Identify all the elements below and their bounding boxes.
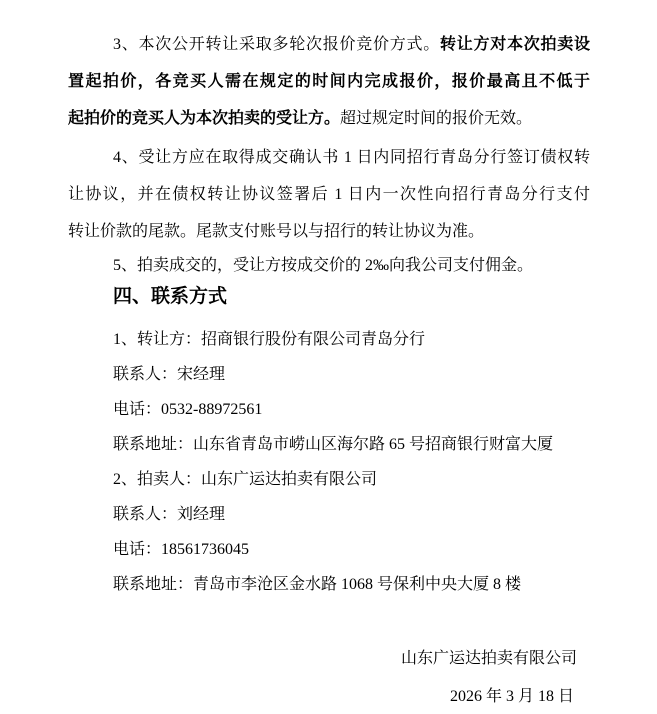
transferor-phone-line: 电话：0532-88972561 [68,392,590,427]
bidding-rule-bold-text-middle: 置起拍价，各竞买人需在规定的时间内完成报价，报价最高且不低于 [68,73,590,90]
para-bidding-line-1: 3、本次公开转让采取多轮次报价竞价方式。转让方对本次拍卖设 [68,26,590,63]
transferor-address-line: 联系地址：山东省青岛市崂山区海尔路 65 号招商银行财富大厦 [68,427,590,462]
transferor-title-line: 1、转让方：招商银行股份有限公司青岛分行 [68,322,590,357]
auctioneer-title-line: 2、拍卖人：山东广运达拍卖有限公司 [68,462,590,497]
para-bidding-line-2: 置起拍价，各竞买人需在规定的时间内完成报价，报价最高且不低于 [68,63,590,100]
auctioneer-phone-line: 电话：18561736045 [68,532,590,567]
para-settlement: 4、受让方应在取得成交确认书 1 日内同招行青岛分行签订债权转 让协议，并在债权… [68,139,590,250]
auctioneer-contact-block: 2、拍卖人：山东广运达拍卖有限公司 联系人：刘经理 电话：18561736045… [68,462,590,602]
transferor-contact-block: 1、转让方：招商银行股份有限公司青岛分行 联系人：宋经理 电话：0532-889… [68,322,590,462]
document-page: 3、本次公开转让采取多轮次报价竞价方式。转让方对本次拍卖设 置起拍价，各竞买人需… [0,0,657,714]
bidding-rule-bold-text-start: 转让方对本次拍卖设 [440,36,590,53]
signature-date-line: 2026 年 3 月 18 日 [68,679,590,714]
para-bidding-rules: 3、本次公开转让采取多轮次报价竞价方式。转让方对本次拍卖设 置起拍价，各竞买人需… [68,26,590,137]
contact-section-heading: 四、联系方式 [68,282,590,312]
para-bidding-line-3: 起拍价的竞买人为本次拍卖的受让方。超过规定时间的报价无效。 [68,100,590,137]
auctioneer-address-line: 联系地址：青岛市李沧区金水路 1068 号保利中央大厦 8 楼 [68,567,590,602]
para-settlement-line-3: 转让价款的尾款。尾款支付账号以与招行的转让协议为准。 [68,213,590,250]
bidding-intro-text: 3、本次公开转让采取多轮次报价竞价方式。 [113,36,440,53]
bidding-overtime-text: 超过规定时间的报价无效。 [340,110,532,127]
transferor-contact-line: 联系人：宋经理 [68,357,590,392]
para-settlement-line-2: 让协议，并在债权转让协议签署后 1 日内一次性向招行青岛分行支付 [68,176,590,213]
signature-company-line: 山东广运达拍卖有限公司 [68,641,590,676]
auctioneer-contact-line: 联系人：刘经理 [68,497,590,532]
para-commission: 5、拍卖成交的，受让方按成交价的 2‰向我公司支付佣金。 [68,250,590,282]
para-settlement-line-1: 4、受让方应在取得成交确认书 1 日内同招行青岛分行签订债权转 [68,139,590,176]
bidding-rule-bold-text-end: 起拍价的竞买人为本次拍卖的受让方。 [68,110,340,127]
